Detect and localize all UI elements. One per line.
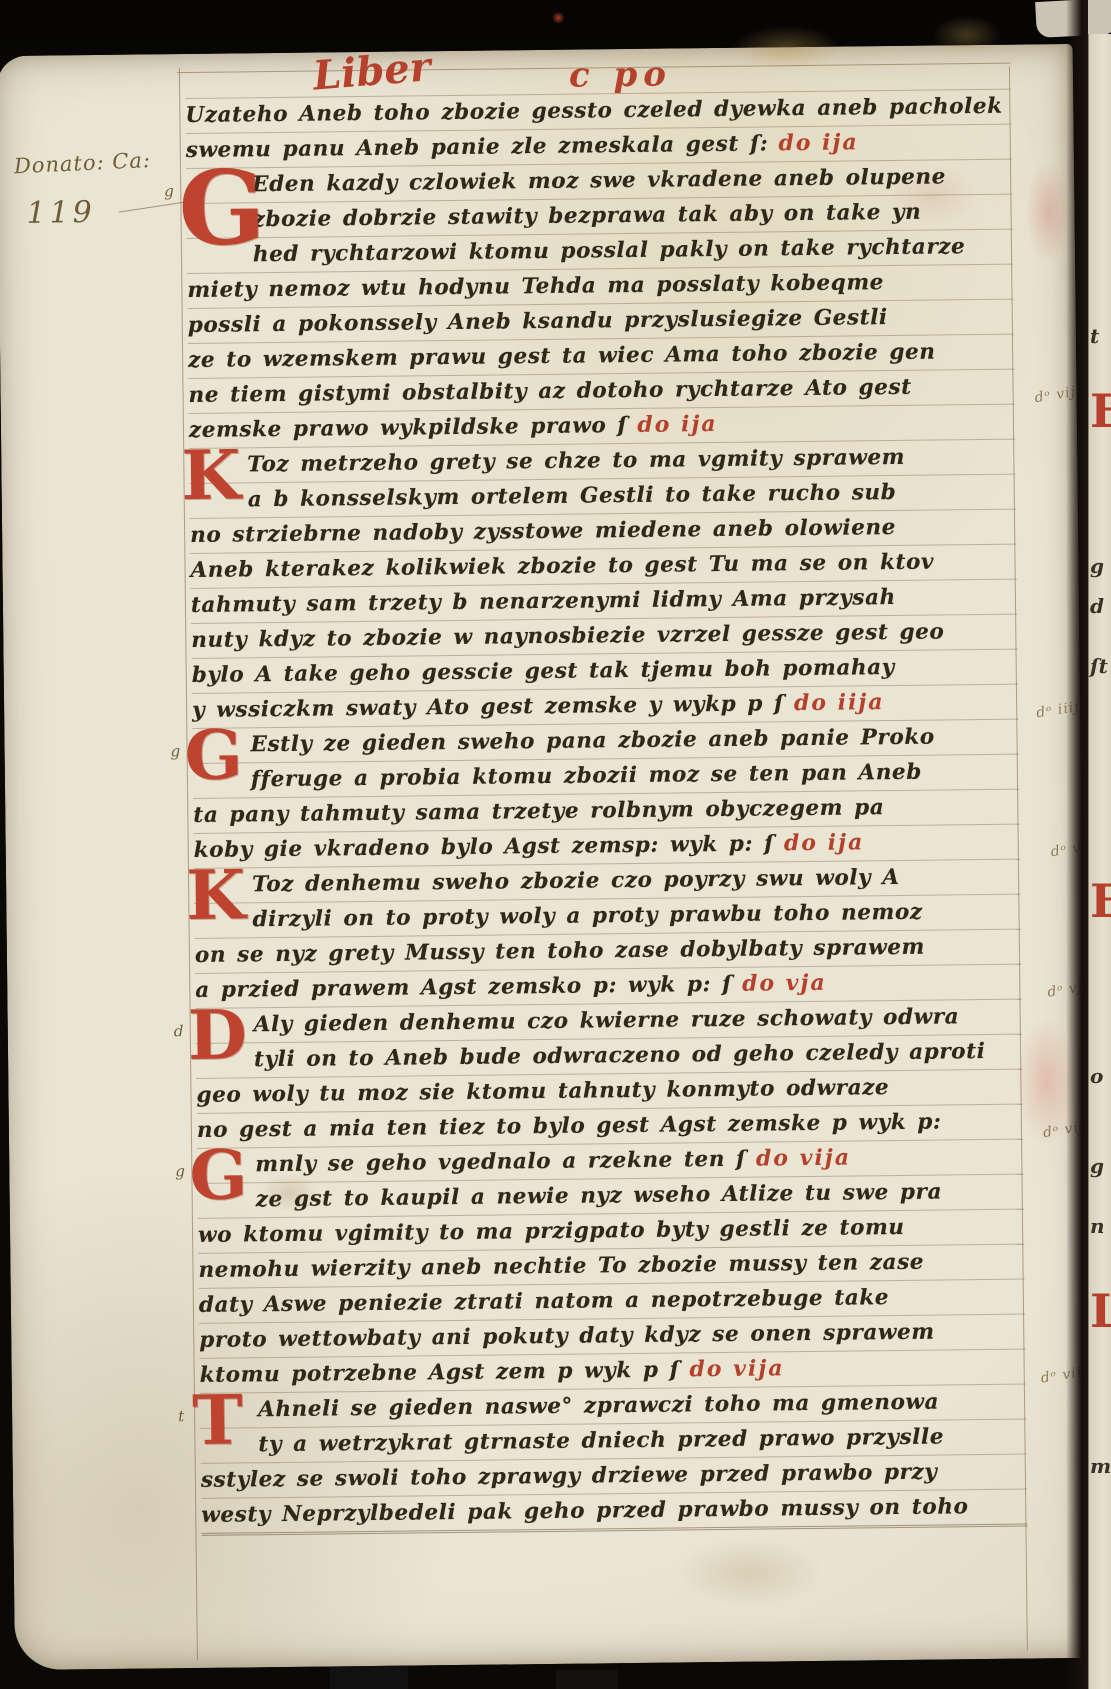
line-text: daty Aswe peniezie ztrati natom a nepotr… (199, 1285, 890, 1318)
line-text: possli a pokonssely Aneb ksandu przyslus… (188, 305, 888, 338)
illuminated-initial: K (181, 444, 241, 507)
stain (1026, 162, 1071, 262)
guide-letter: g (175, 1155, 185, 1188)
line-text: Ahneli se gieden naswe° zprawczi toho ma… (258, 1390, 939, 1423)
illuminated-initial: K (186, 864, 246, 927)
chapter-runner: c po (569, 54, 672, 95)
line-text: Toz metrzeho grety se chze to ma vgmity … (247, 445, 905, 477)
line-text: dirzyli on to proty woly a proty prawbu … (252, 900, 922, 933)
line-text: tahmuty sam trzety b nenarzenymi lidmy A… (191, 585, 896, 618)
line-text: sstylez se swoli toho zprawgy drziewe pr… (201, 1460, 938, 1493)
line-text: ktomu potrzebne Agst zem p wyk p ſ (200, 1357, 680, 1387)
stain (674, 1537, 825, 1609)
manuscript-page: Liber c po Donato: Ca: 119 Uzateho Aneb … (0, 44, 1091, 1670)
line-text: miety nemoz wtu hodynu Tehda ma posslaty… (187, 270, 884, 303)
line-text: koby gie vkradeno bylo Agst zemsp: wyk p… (194, 831, 775, 863)
line-text: fferuge a probia ktomu zbozii moz se ten… (251, 760, 922, 793)
rubric-text: do vija (689, 1355, 784, 1382)
illuminated-initial: G (184, 724, 243, 787)
adjacent-page-glyph-fragment: n (1090, 1214, 1105, 1238)
line-text: no strziebrne nadoby zysstowe miedene an… (190, 515, 896, 548)
adjacent-page-glyph-fragment: m (1090, 1454, 1111, 1478)
adjacent-page-glyph-fragment: ſt (1090, 654, 1108, 678)
rubric-text: do iija (794, 689, 885, 716)
line-text: a przied prawem Agst zemsko p: wyk p: ſ (195, 972, 732, 1003)
line-text: a b konsselskym ortelem Gestli to take r… (248, 480, 897, 512)
guide-letter: d (174, 1015, 184, 1048)
illuminated-initial: T (192, 1389, 243, 1452)
line-text: hed rychtarzowi ktomu posslal pakly on t… (253, 234, 966, 267)
gutter-shadow (1066, 0, 1088, 1689)
line-text: Toz denhemu sweho zbozie czo poyrzy swu … (252, 865, 900, 897)
line-text: no gest a mia ten tiez to bylo gest Agst… (197, 1109, 942, 1142)
guide-letter: g (170, 735, 180, 768)
illuminated-initial: G (178, 162, 266, 255)
adjacent-page-glyph-fragment: E (1090, 874, 1111, 928)
line-text: swemu panu Aneb panie zle zmeskala gest … (186, 131, 769, 163)
text-column: Uzateho Aneb toho zbozie gessto czeled d… (185, 89, 1027, 1536)
line-text: westy Neprzylbedeli pak geho przed prawb… (201, 1494, 968, 1528)
guide-letter: g (164, 175, 174, 208)
line-text: bylo A take geho gesscie gest tak tjemu … (192, 655, 895, 688)
line-text: Aly gieden denhemu czo kwierne ruze scho… (254, 1004, 960, 1037)
adjacent-page-glyph-fragment: g (1090, 554, 1104, 578)
adjacent-page-glyph-fragment: L (1090, 1284, 1111, 1338)
margin-note: Donato: Ca: (13, 148, 151, 178)
line-text: mnly se geho vgednalo a rzekne ten ſ (255, 1147, 746, 1178)
adjacent-page-glyph-fragment: E (1090, 384, 1111, 438)
line-text: ta pany tahmuty sama trzetye rolbnym oby… (193, 795, 884, 828)
rubric-text: do vja (742, 970, 827, 997)
adjacent-page-edge: tEgdſtEognLm (1088, 34, 1111, 1689)
line-text: Eden kazdy czlowiek moz swe vkradene ane… (252, 164, 946, 197)
line-text: zemske prawo wykpildske prawo ſ (189, 413, 628, 443)
rubric-text: do ija (778, 129, 859, 156)
adjacent-page-glyph-fragment: d (1090, 594, 1104, 618)
rubric-text: do ija (784, 829, 865, 856)
line-text: Estly ze gieden sweho pana zbozie aneb p… (250, 725, 935, 758)
line-text: geo woly tu moz sie ktomu tahnuty konmyt… (196, 1075, 889, 1108)
binding-tab (330, 1666, 408, 1689)
illuminated-initial: G (189, 1144, 248, 1207)
line-text: ne tiem gistymi obstalbity az dotoho ryc… (188, 375, 911, 408)
folio-number: 119 (26, 195, 96, 231)
binding-tab (556, 1670, 618, 1689)
line-text: Aneb kterakez kolikwiek zbozie to gest T… (190, 550, 934, 583)
line-text: nemohu wierzity aneb nechtie To zbozie m… (198, 1250, 924, 1283)
guide-letter: t (178, 1400, 184, 1433)
line-text: y wssiczkm swaty Ato gest zemske y wykp … (192, 691, 784, 723)
rubric-text: do vija (756, 1145, 851, 1172)
illuminated-initial: D (187, 1004, 247, 1067)
line-text: on se nyz grety Mussy ten toho zase doby… (195, 935, 925, 968)
line-text: tyli on to Aneb bude odwraczeno od geho … (254, 1039, 986, 1072)
adjacent-page-glyph-fragment: t (1090, 324, 1099, 348)
line-text: proto wettowbaty ani pokuty daty kdyz se… (199, 1320, 935, 1353)
line-text: ze gst to kaupil a newie nyz wseho Atliz… (256, 1179, 943, 1212)
line-text: Uzateho Aneb toho zbozie gessto czeled d… (185, 94, 1003, 128)
line-text: ze to wzemskem prawu gest ta wiec Ama to… (188, 340, 936, 373)
adjacent-page-glyph-fragment: o (1090, 1064, 1103, 1088)
running-title: Liber (311, 43, 432, 99)
line-text: wo ktomu vgimity to ma przigpato byty ge… (198, 1215, 905, 1248)
line-text: nuty kdyz to zbozie w naynosbiezie vzrze… (191, 619, 944, 653)
rubric-text: do ija (637, 411, 718, 438)
adjacent-page-glyph-fragment: g (1090, 1154, 1104, 1178)
line-text: zbozie dobrzie stawity bezprawa tak aby … (252, 200, 921, 233)
line-text: ty a wetrzykrat gtrnaste dniech przed pr… (258, 1424, 944, 1457)
